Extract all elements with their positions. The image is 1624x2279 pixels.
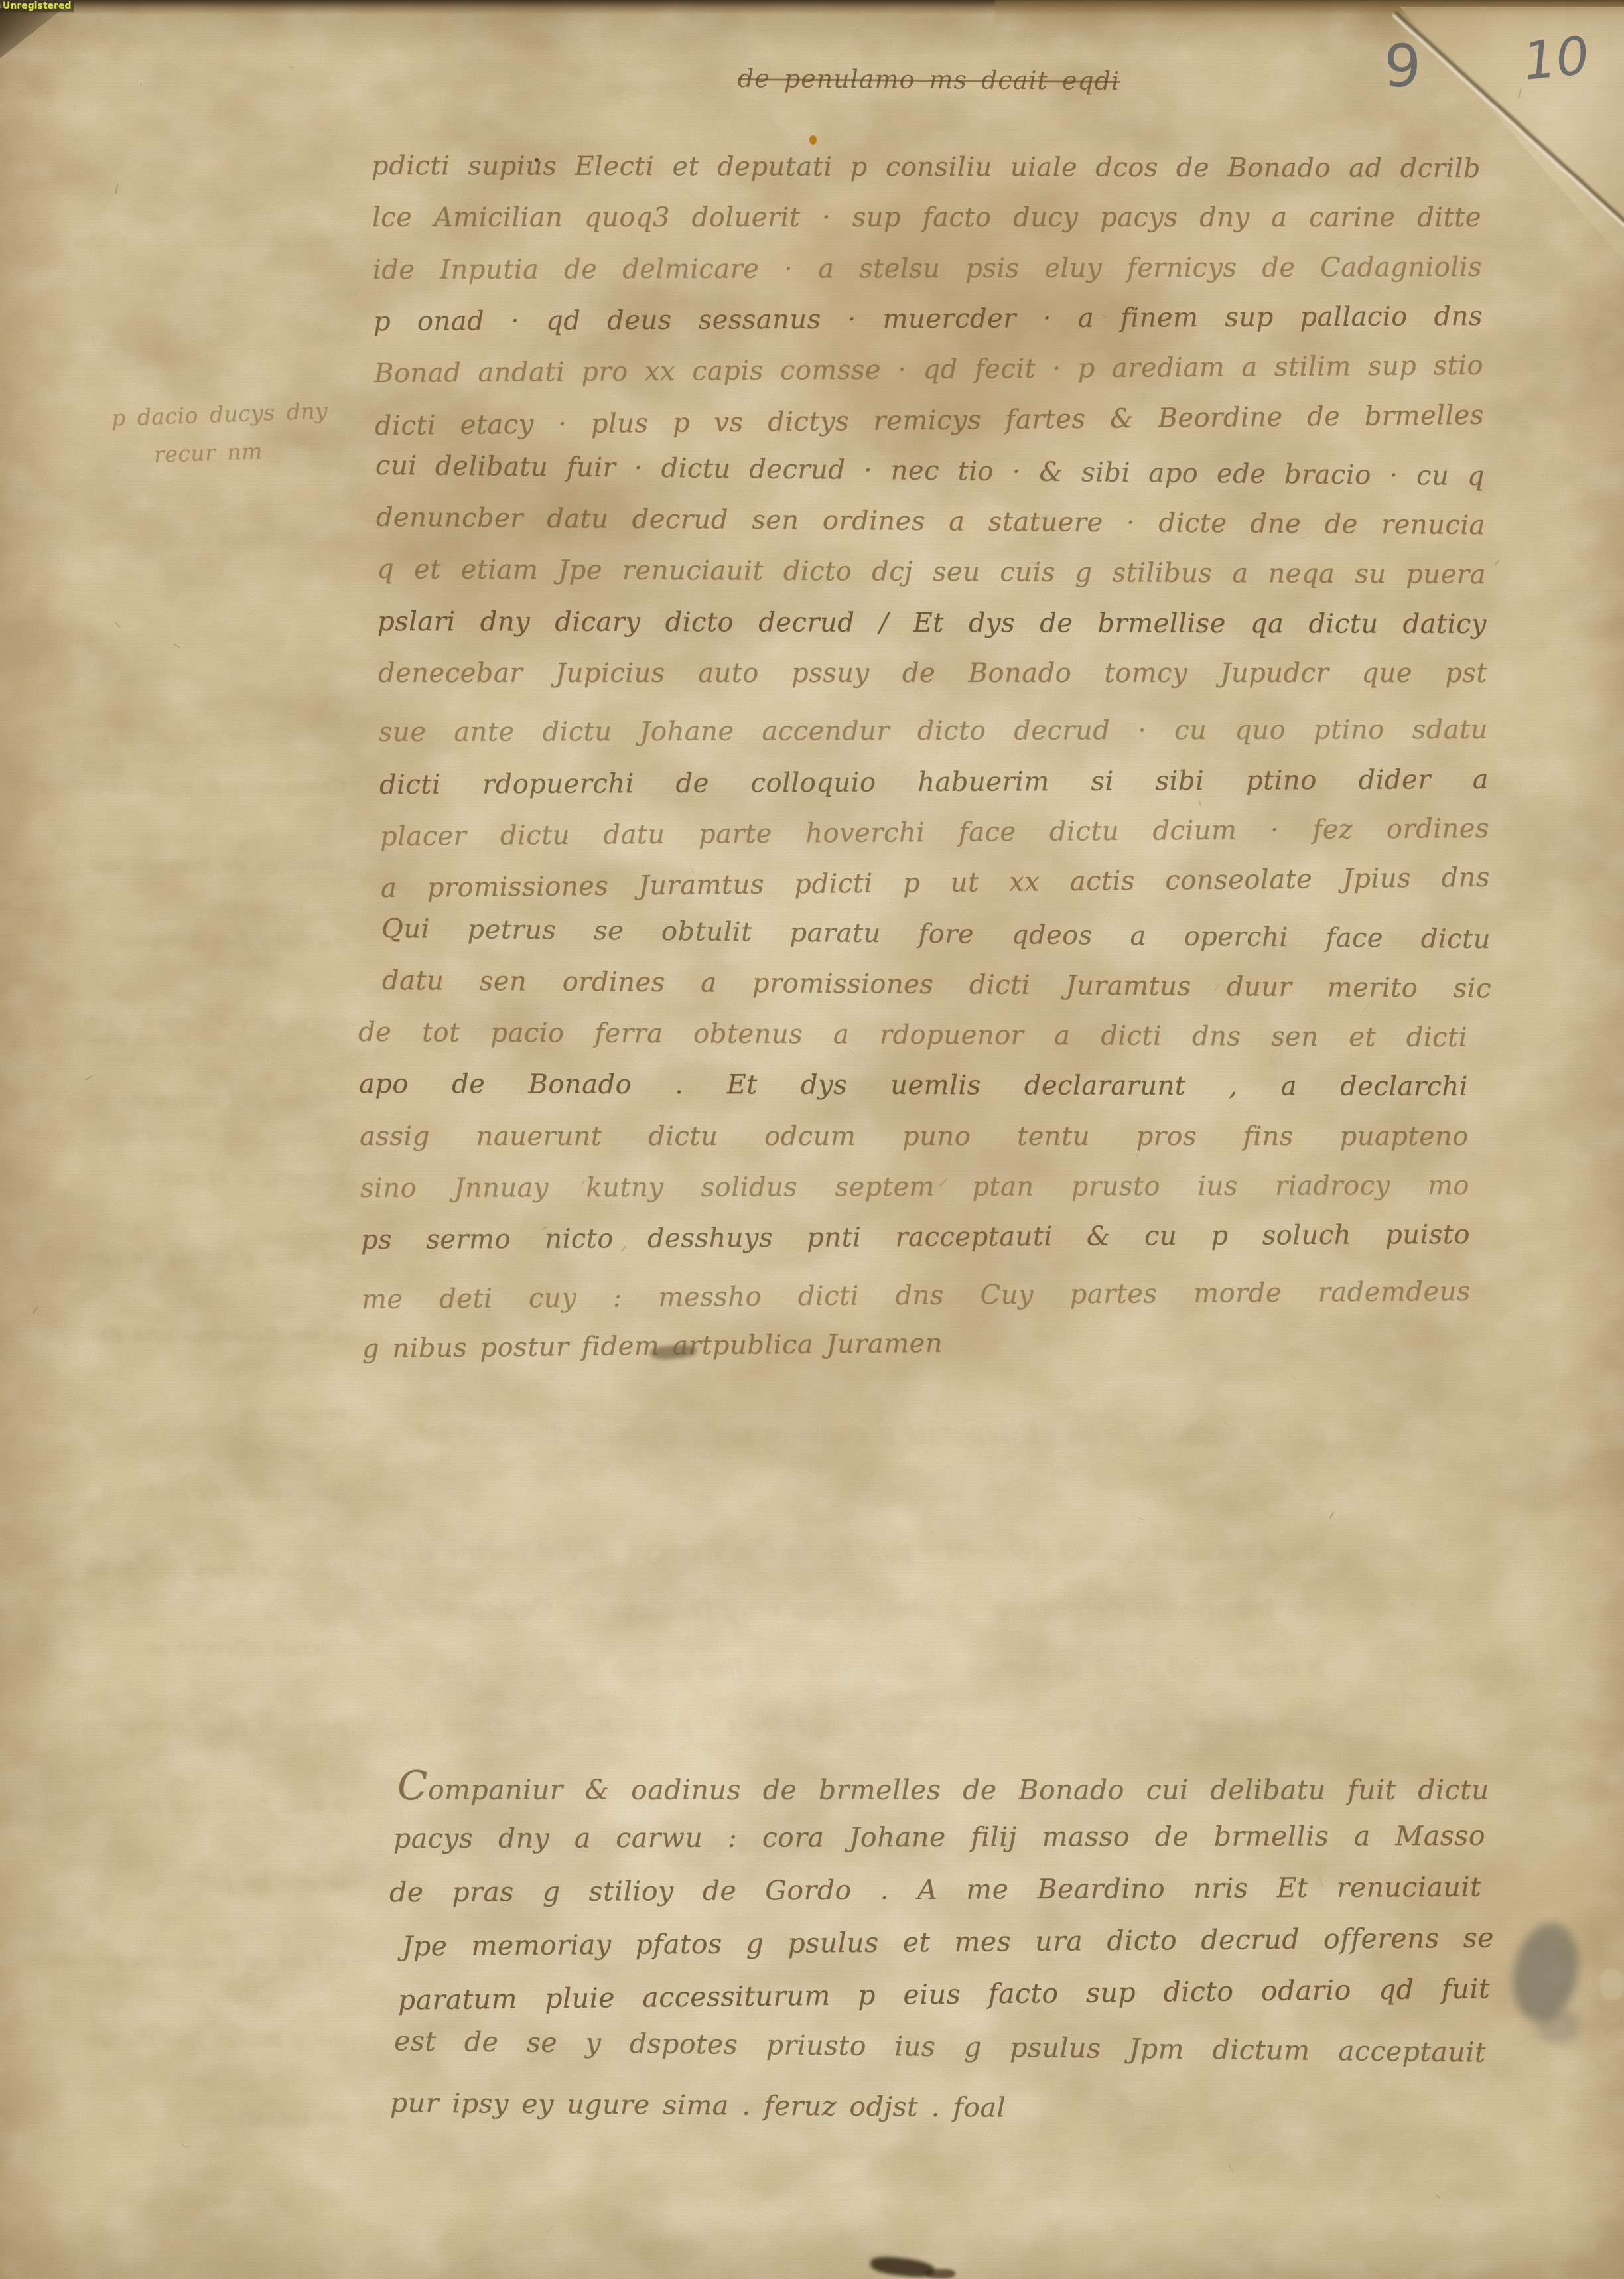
manuscript-line: q et etiam Jpe renuciauit dicto dcj seu … [377, 555, 1486, 588]
fiber-speck [1228, 2164, 1233, 2173]
margin-note-line: recur nm [153, 440, 263, 466]
manuscript-line: g nibus postur fidem artpublica Juramen [362, 1330, 943, 1363]
fiber-speck [1318, 1505, 1325, 1507]
edge-damage-patch [1600, 1969, 1624, 2000]
ghost-line: lce Amicilian quoq3 doluerit · sup facto… [345, 1522, 1327, 1580]
ink-smear [926, 2269, 955, 2278]
fiber-speck [1436, 2195, 1440, 2199]
charcoal-smudge [1536, 2009, 1580, 2045]
scanner-watermark-label: Unregistered [1, 1, 74, 12]
fiber-speck [1329, 1512, 1334, 1519]
top-left-corner-shadow [0, 8, 64, 58]
fiber-speck [115, 184, 119, 194]
manuscript-line: de pras g stilioy de Gordo . A me Beardi… [389, 1873, 1481, 1907]
manuscript-line: assig nauerunt dictu odcum puno tentu pr… [360, 1123, 1469, 1150]
fiber-speck [547, 2225, 553, 2233]
fiber-speck [115, 470, 120, 474]
ghost-line: paratum pluie accessiturum p eius facto … [34, 1688, 346, 1923]
manuscript-line: Companiur & oadinus de brmelles de Bonad… [397, 1771, 1489, 1805]
manuscript-line: Bonad andati pro xx capis comsse · qd fe… [374, 352, 1483, 387]
fiber-speck [1495, 560, 1500, 565]
corner-crease [1391, 9, 1624, 233]
manuscript-line: datu sen ordines a promissiones dicti Ju… [382, 967, 1491, 1002]
fiber-speck [115, 622, 121, 628]
fiber-speck [1291, 1375, 1297, 1381]
fiber-speck [289, 66, 294, 69]
verso-showthrough-block: cui delibatu fuir · dictu decrud · nec t… [44, 191, 329, 1385]
ghost-line: q et etiam Jpe renuciauit dicto dcj seu … [44, 788, 329, 1087]
manuscript-line: ide Inputia de delmicare · a stelsu psis… [373, 253, 1482, 284]
ghost-line: p onad · qd deus sessanus · muercder · a… [345, 1639, 1327, 1697]
fiber-speck [173, 644, 180, 648]
fiber-speck [1223, 1421, 1229, 1426]
fiber-speck [1139, 1518, 1145, 1521]
ghost-line: est de se y dspotes priusto ius g psulus… [34, 1923, 346, 2158]
ghost-line: denuncber datu decrud sen ordines a stat… [44, 490, 329, 788]
manuscript-line: de tot pacio ferra obtenus a rdopuenor a… [358, 1018, 1467, 1052]
manuscript-line: paratum pluie accessiturum p eius facto … [398, 1974, 1490, 2014]
manuscript-line: apo de Bonado . Et dys uemlis declararun… [359, 1070, 1468, 1101]
ghost-line: Jpe memoriay pfatos g psulus et mes ura … [34, 1453, 346, 1688]
water-stain [650, 1300, 929, 1473]
top-right-backing-edge [995, 0, 1624, 27]
folio-number-left: 9 [1383, 31, 1422, 101]
fiber-speck [1395, 183, 1402, 189]
manuscript-line: pslari dny dicary dicto decrud / Et dys … [377, 608, 1487, 638]
fiber-speck [84, 1075, 92, 1081]
manuscript-line: cui delibatu fuir · dictu decrud · nec t… [375, 452, 1485, 490]
manuscript-line: est de se y dspotes priusto ius g psulus… [394, 2027, 1486, 2067]
manuscript-line: ps sermo nicto desshuys pnti racceptauti… [361, 1221, 1470, 1254]
manuscript-line: pdicti supius Electi et deputati p consi… [372, 152, 1481, 182]
ghost-line: pdicti supius Electi et deputati p consi… [345, 1405, 1327, 1522]
header-inscription: de penulamo ms dcait eqdi [738, 64, 1120, 96]
manuscript-page: Unregistered 9 10 de penulamo ms dcait e… [0, 0, 1624, 2279]
manuscript-line: denecebar Jupicius auto pssuy de Bonado … [378, 659, 1487, 687]
fiber-speck [1363, 1003, 1370, 1012]
manuscript-line: p onad · qd deus sessanus · muercder · a… [373, 303, 1483, 336]
manuscript-line: sino Jnnuay kutny solidus septem ptan pr… [360, 1172, 1469, 1202]
ghost-line: Companiur & oadinus de brmelles de Bonad… [34, 748, 346, 983]
top-page-edge [0, 0, 1624, 15]
ghost-line: pacys dny a carwu : cora Johane filij ma… [34, 983, 346, 1218]
fiber-speck [1198, 800, 1201, 807]
margin-note-line: p dacio ducys dny [111, 399, 328, 430]
manuscript-line: pacys dny a carwu : cora Johane filij ma… [393, 1822, 1485, 1853]
charcoal-smudge [1504, 1917, 1587, 2028]
manuscript-line: placer dictu datu parte hoverchi face di… [380, 815, 1489, 851]
ghost-line: de pras g stilioy de Gordo . A me Beardi… [34, 1218, 346, 1453]
fiber-speck [141, 82, 142, 87]
manuscript-line: denuncber datu decrud sen ordines a stat… [376, 504, 1485, 539]
ink-spot [809, 135, 817, 145]
manuscript-line: Qui petrus se obtulit paratu fore qdeos … [381, 915, 1491, 953]
folio-number-right: 10 [1521, 26, 1592, 92]
verso-showthrough-block: Companiur & oadinus de brmelles de Bonad… [34, 748, 346, 2158]
manuscript-line: me deti cuy : messho dicti dns Cuy parte… [362, 1278, 1471, 1314]
manuscript-line: pur ipsy ey ugure sima . feruz odjst . f… [390, 2089, 1006, 2122]
manuscript-line: sue ante dictu Johane accendur dicto dec… [379, 716, 1488, 746]
fiber-speck [1136, 1154, 1138, 1158]
manuscript-line: dicti etacy · plus p vs dictys remicys f… [375, 401, 1484, 440]
ghost-line: ide Inputia de delmicare · a stelsu psis… [345, 1580, 1327, 1639]
manuscript-line: dicti rdopuerchi de colloquio habuerim s… [379, 766, 1489, 799]
fiber-speck [33, 1307, 38, 1314]
ghost-line: pslari dny dicary dicto decrud / Et dys … [44, 1087, 329, 1385]
fiber-speck [181, 2144, 189, 2148]
fiber-speck [1517, 88, 1522, 98]
manuscript-line: Jpe memoriay pfatos g psulus et mes ura … [402, 1924, 1494, 1961]
ink-smear [870, 2254, 935, 2279]
manuscript-line: a promissiones Juramtus pdicti p ut xx a… [381, 864, 1490, 902]
manuscript-line: lce Amicilian quoq3 doluerit · sup facto… [372, 204, 1481, 232]
